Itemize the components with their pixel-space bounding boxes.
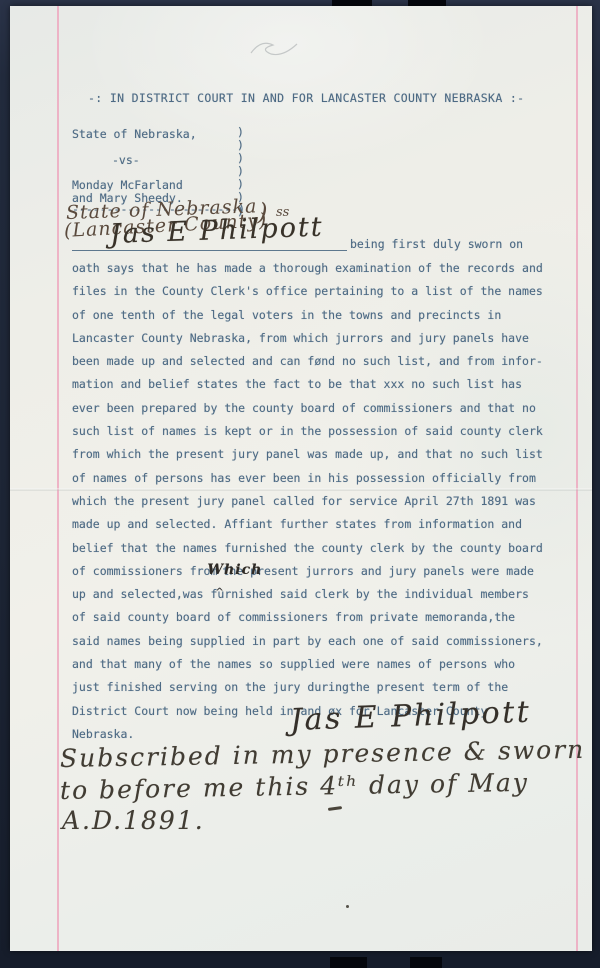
typed-line: of one tenth of the legal voters in the … bbox=[72, 304, 543, 327]
typed-line: Lancaster County Nebraska, from which ju… bbox=[72, 327, 543, 350]
scan-notch-bottom-right bbox=[410, 957, 442, 968]
attestation-line-2: to before me this 4ᵗʰ day of May bbox=[60, 768, 529, 805]
typed-line: of said county board of commissioners fr… bbox=[72, 606, 543, 629]
scan-notch-bottom-left bbox=[330, 957, 367, 968]
typed-line: mation and belief states the fact to be … bbox=[72, 373, 543, 396]
caption-plaintiff: State of Nebraska, bbox=[72, 127, 197, 141]
document-title: -: IN DISTRICT COURT IN AND FOR LANCASTE… bbox=[88, 91, 524, 105]
scan-background: -: IN DISTRICT COURT IN AND FOR LANCASTE… bbox=[0, 0, 600, 968]
typed-line: from which the present jury panel was ma… bbox=[72, 443, 543, 466]
typed-line: belief that the names furnished the coun… bbox=[72, 537, 543, 560]
typed-line: of commissioners fromWhich^the present j… bbox=[72, 560, 543, 583]
inserted-word: Which bbox=[207, 559, 262, 582]
margin-rule-right bbox=[576, 6, 578, 951]
caption-defendant-1: Monday McFarland bbox=[72, 178, 183, 192]
typed-line: ever been prepared by the county board o… bbox=[72, 397, 543, 420]
affidavit-opening: being first duly sworn on bbox=[350, 237, 523, 251]
pen-dash-mark bbox=[328, 806, 342, 811]
typed-line: said names being supplied in part by eac… bbox=[72, 630, 543, 653]
typed-line: made up and selected. Affiant further st… bbox=[72, 513, 543, 536]
ink-speck bbox=[346, 905, 349, 908]
pencil-mark bbox=[245, 31, 305, 63]
typed-line: of names of persons has ever been in his… bbox=[72, 467, 543, 490]
caret-mark: ^ bbox=[215, 581, 223, 604]
affidavit-lines: oath says that he has made a thorough ex… bbox=[72, 257, 543, 746]
margin-rule-left bbox=[57, 6, 59, 951]
typed-line: up and selected,was furnished said clerk… bbox=[72, 583, 543, 606]
document-paper: -: IN DISTRICT COURT IN AND FOR LANCASTE… bbox=[10, 6, 592, 951]
typed-line: and that many of the names so supplied w… bbox=[72, 653, 543, 676]
typed-line: such list of names is kept or in the pos… bbox=[72, 420, 543, 443]
attestation-line-3: A.D.1891. bbox=[62, 806, 205, 835]
typed-line: been made up and selected and can fønd n… bbox=[72, 350, 543, 373]
caption-vs: -vs- bbox=[112, 153, 140, 167]
typed-line: files in the County Clerk's office perta… bbox=[72, 280, 543, 303]
typed-line: oath says that he has made a thorough ex… bbox=[72, 257, 543, 280]
typed-line: which the present jury panel called for … bbox=[72, 490, 543, 513]
